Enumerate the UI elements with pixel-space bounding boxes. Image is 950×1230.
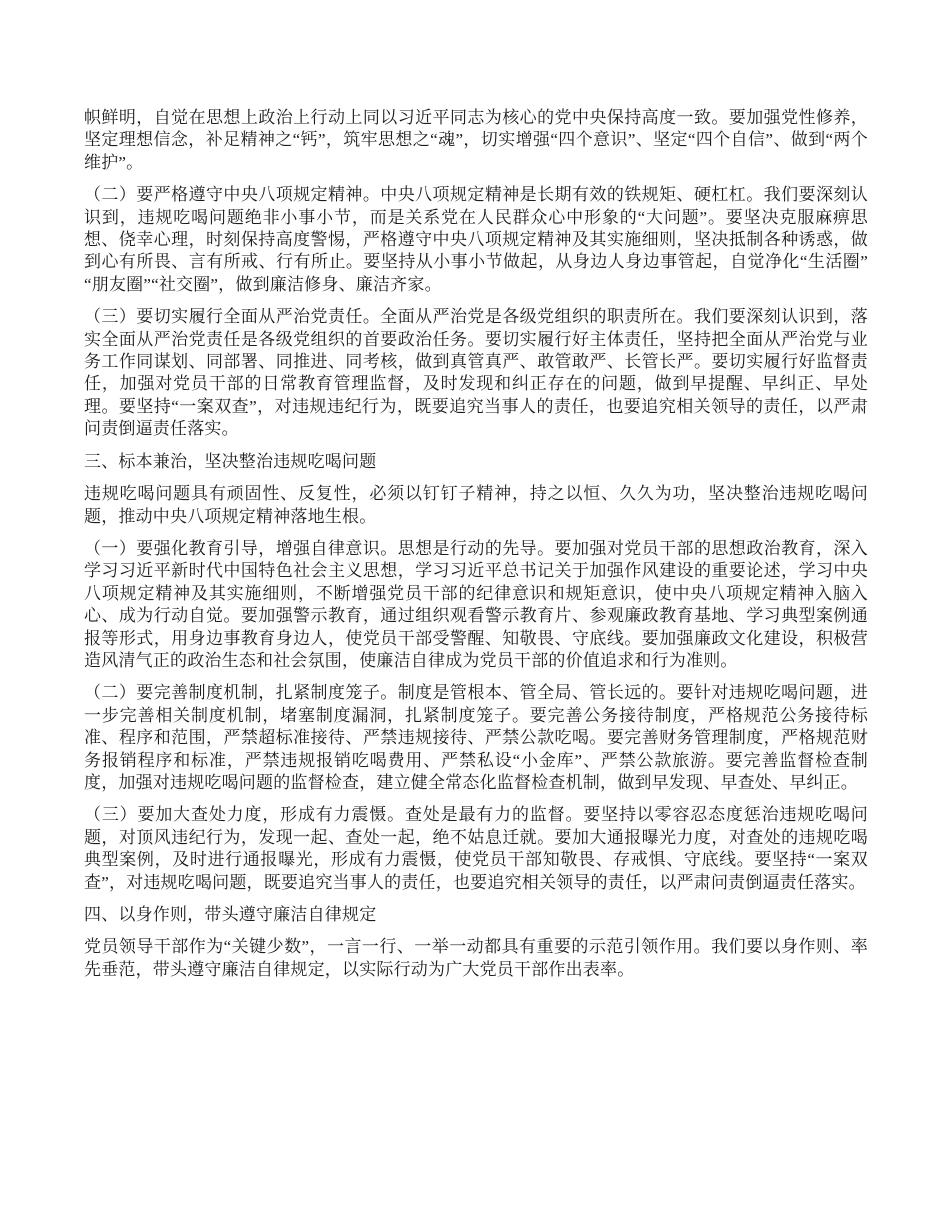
paragraph-point-2-eight-regulations: （二）要严格遵守中央八项规定精神。中央八项规定精神是长期有效的铁规矩、硬杠杠。我… bbox=[84, 184, 868, 296]
paragraph-section-three-intro: 违规吃喝问题具有顽固性、反复性，必须以钉钉子精神，持之以恒、久久为功，坚决整治违… bbox=[84, 483, 868, 528]
document-page: 帜鲜明，自觉在思想上政治上行动上同以习近平同志为核心的党中央保持高度一致。要加强… bbox=[0, 0, 950, 1230]
paragraph-point-3-party-responsibility: （三）要切实履行全面从严治党责任。全面从严治党是各级党组织的职责所在。我们要深刻… bbox=[84, 306, 868, 440]
section-heading-four: 四、以身作则，带头遵守廉洁自律规定 bbox=[84, 904, 868, 926]
paragraph-point-3-investigation-enforcement: （三）要加大查处力度，形成有力震慑。查处是最有力的监督。要坚持以零容忍态度惩治违… bbox=[84, 804, 868, 894]
section-heading-three: 三、标本兼治，坚决整治违规吃喝问题 bbox=[84, 451, 868, 473]
paragraph-point-1-education-guidance: （一）要强化教育引导，增强自律意识。思想是行动的先导。要加强对党员干部的思想政治… bbox=[84, 538, 868, 672]
paragraph-section-four-lead-by-example: 党员领导干部作为“关键少数”，一言一行、一举一动都具有重要的示范引领作用。我们要… bbox=[84, 936, 868, 981]
paragraph-intro-continuation: 帜鲜明，自觉在思想上政治上行动上同以习近平同志为核心的党中央保持高度一致。要加强… bbox=[84, 107, 868, 174]
paragraph-point-2-system-mechanism: （二）要完善制度机制，扎紧制度笼子。制度是管根本、管全局、管长远的。要针对违规吃… bbox=[84, 682, 868, 794]
